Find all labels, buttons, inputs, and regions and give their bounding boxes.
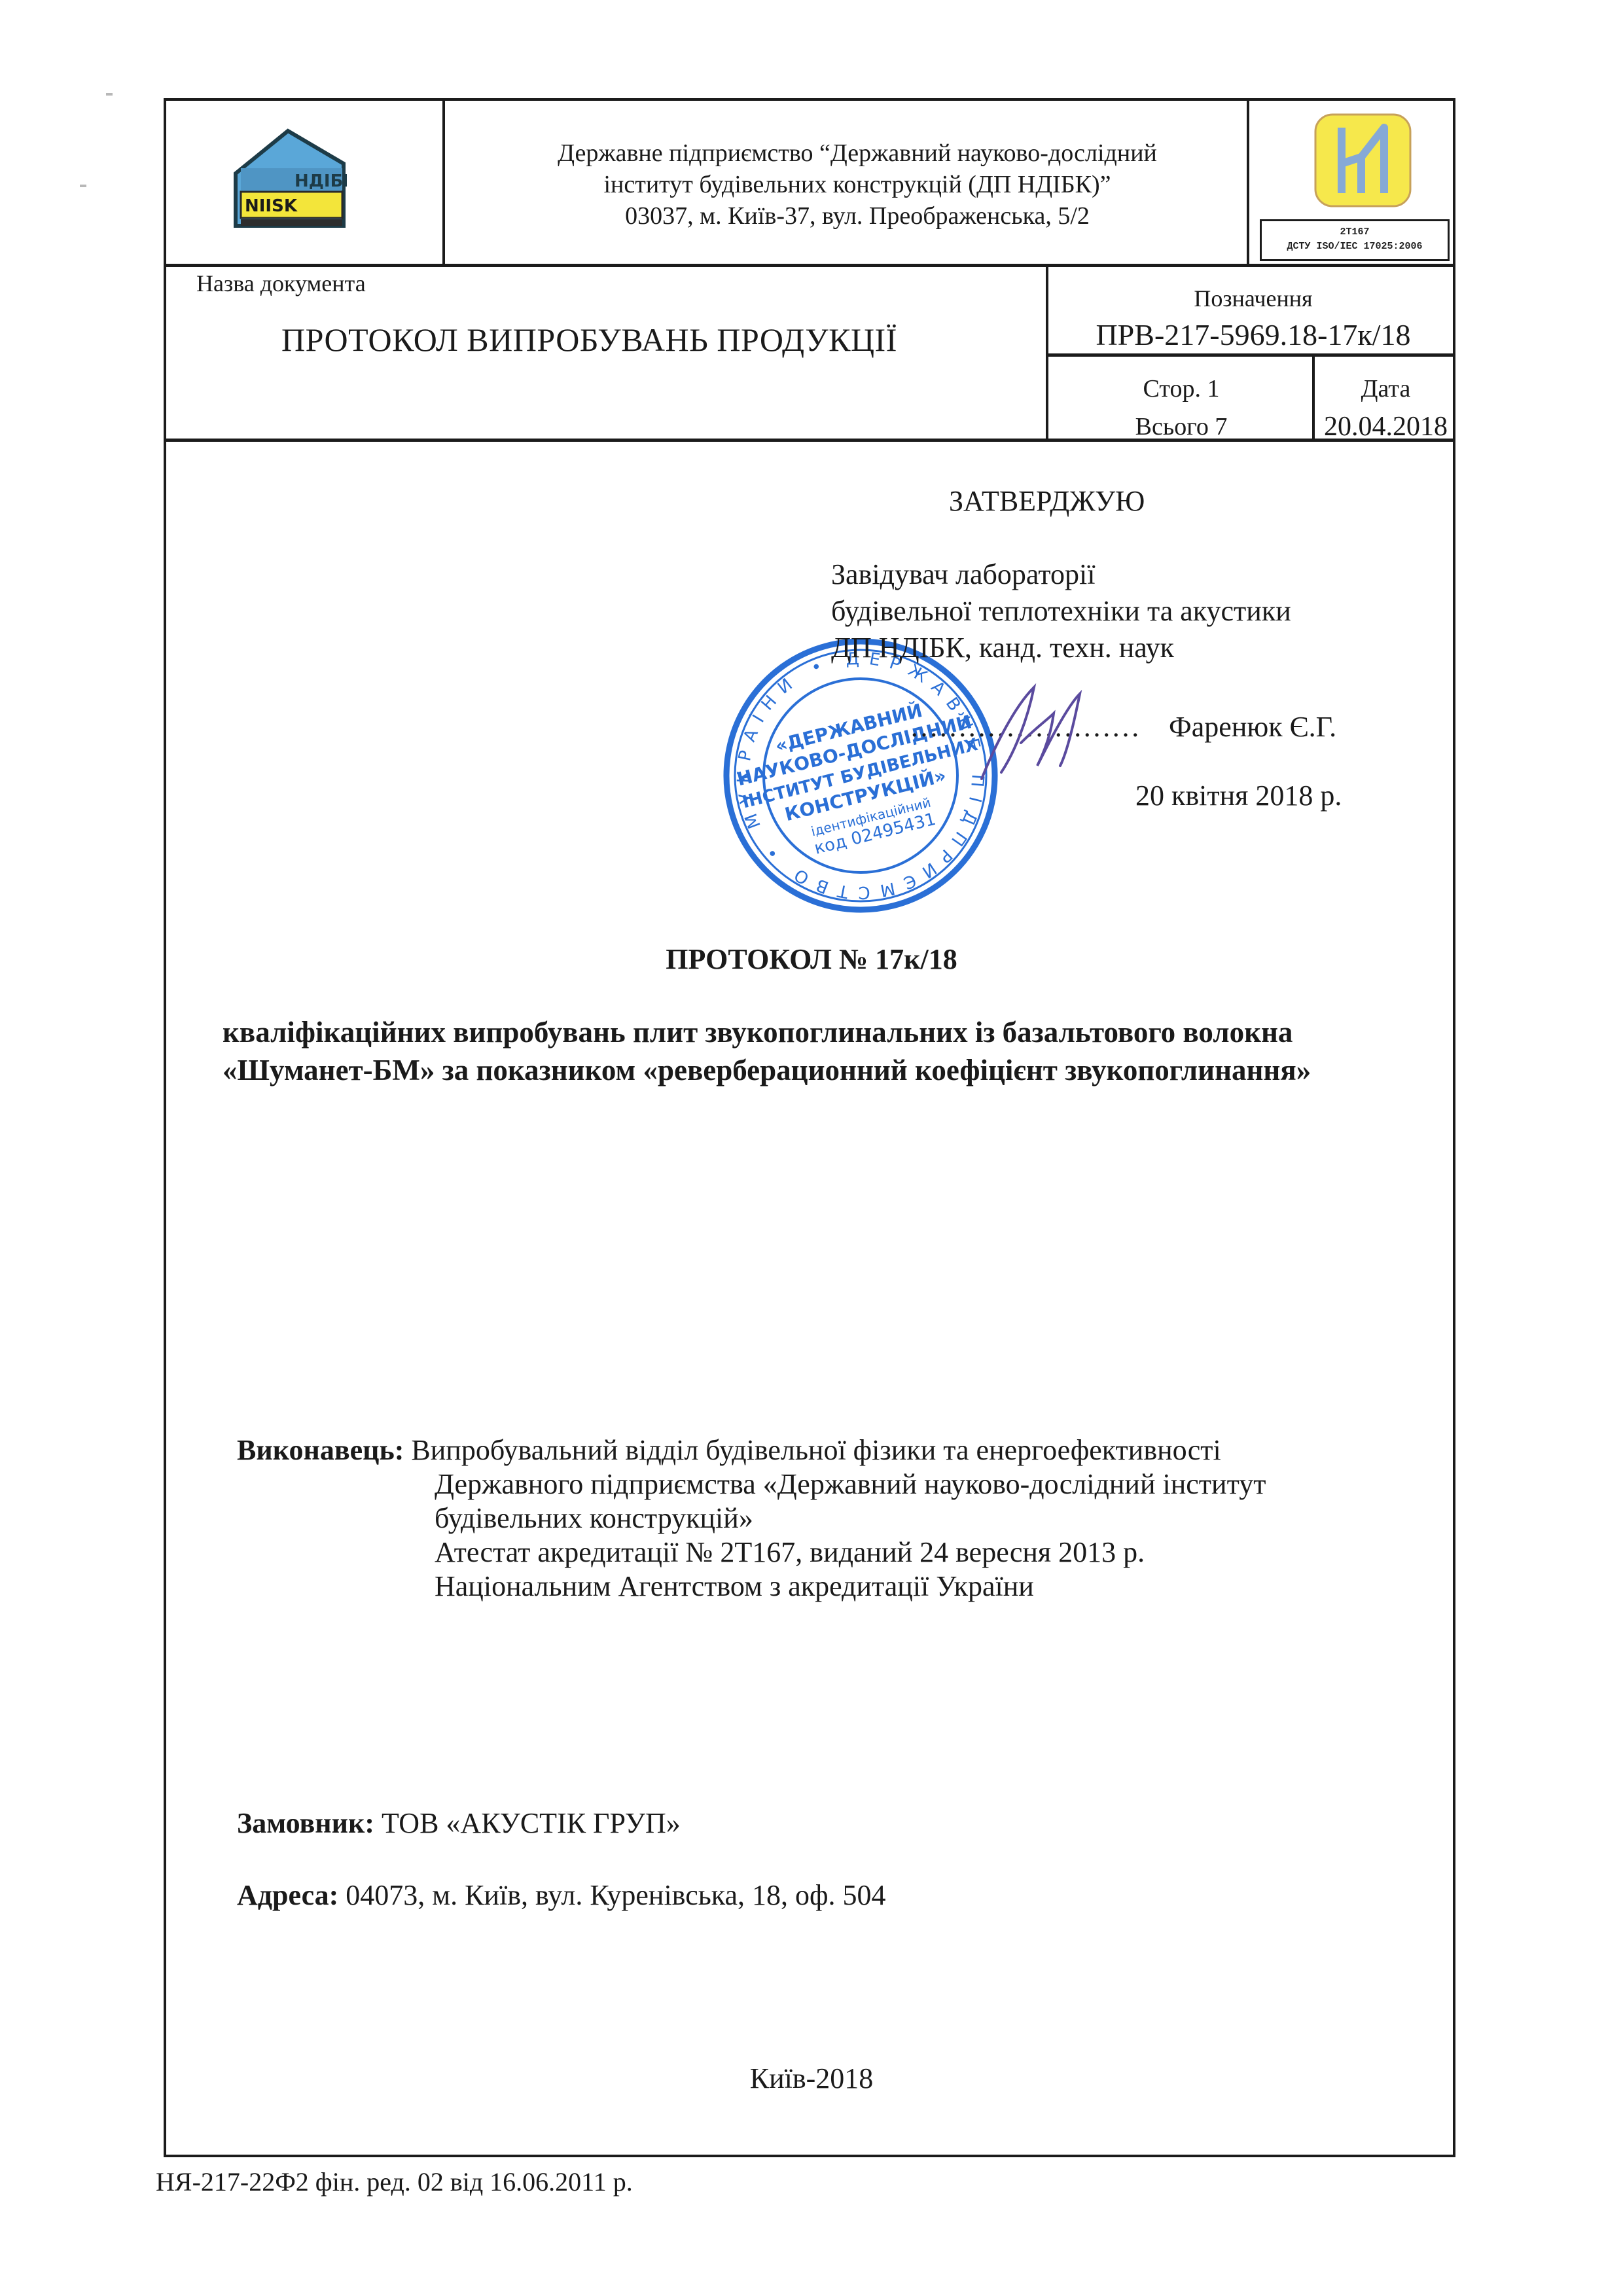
signature-line: …………………… Фаренюк Є.Г. <box>910 710 1336 744</box>
customer: Замовник: ТОВ «АКУСТІК ГРУП» <box>237 1806 681 1840</box>
approver-position-line: Завідувач лабораторії <box>831 556 1291 593</box>
city-year: Київ-2018 <box>0 2062 1623 2095</box>
executor-line: Випробувальний відділ будівельної фізики… <box>411 1434 1221 1466</box>
approver-position: Завідувач лабораторії будівельної теплот… <box>831 556 1291 666</box>
approval-title: ЗАТВЕРДЖУЮ <box>949 484 1145 518</box>
organization-address: 03037, м. Київ-37, вул. Преображенська, … <box>452 200 1263 232</box>
document-name: ПРОТОКОЛ ВИПРОБУВАНЬ ПРОДУКЦІЇ <box>281 321 897 359</box>
subject-line: кваліфікаційних випробувань плит звукопо… <box>223 1013 1479 1051</box>
signer-name: Фаренюк Є.Г. <box>1169 711 1336 743</box>
customer-address: Адреса: 04073, м. Київ, вул. Куренівська… <box>237 1878 886 1912</box>
protocol-number: ПРОТОКОЛ № 17к/18 <box>0 942 1623 976</box>
accreditation-number: 2Т167 <box>1262 225 1448 240</box>
document-name-label: Назва документа <box>196 270 366 297</box>
approval-date: 20 квітня 2018 р. <box>1135 779 1342 812</box>
logo-cell-divider <box>442 98 445 265</box>
handwritten-signature <box>975 681 1106 785</box>
house-logo-icon: НДІБК NIISK <box>229 128 347 229</box>
accreditation-standard: ДСТУ ISO/IEC 17025:2006 <box>1262 240 1448 254</box>
date-label: Дата <box>1315 370 1456 408</box>
approver-position-line: будівельної теплотехніки та акустики <box>831 593 1291 630</box>
designation-value: ПРВ-217-5969.18-17к/18 <box>1050 317 1456 352</box>
address-label: Адреса: <box>237 1879 338 1911</box>
ndibk-logo: НДІБК NIISK <box>229 128 347 229</box>
date-value: 20.04.2018 <box>1315 408 1456 446</box>
scan-artifact <box>106 93 113 96</box>
form-reference: НЯ-217-22Ф2 фін. ред. 02 від 16.06.2011 … <box>156 2166 633 2197</box>
protocol-subject: кваліфікаційних випробувань плит звукопо… <box>223 1013 1479 1089</box>
page-count: Стор. 1 Всього 7 <box>1050 370 1312 446</box>
total-pages: Всього 7 <box>1050 408 1312 446</box>
approver-position-line: ДП НДІБК, канд. техн. наук <box>831 630 1291 666</box>
header-divider <box>164 264 1455 267</box>
accreditation-box: 2Т167 ДСТУ ISO/IEC 17025:2006 <box>1260 219 1450 261</box>
executor-section: Виконавець: Випробувальний відділ будіве… <box>237 1433 1454 1604</box>
executor-line: Державного підприємства «Державний науко… <box>237 1467 1454 1501</box>
svg-text:NIISK: NIISK <box>245 196 298 216</box>
designation-cell-divider <box>1046 265 1048 440</box>
signature-icon <box>975 681 1106 785</box>
document-date: Дата 20.04.2018 <box>1315 370 1456 446</box>
subject-line: «Шуманет-БМ» за показником «реверберацио… <box>223 1051 1479 1089</box>
executor-line: будівельних конструкцій» <box>237 1501 1454 1535</box>
executor-line: Національним Агентством з акредитації Ук… <box>237 1570 1454 1604</box>
address-value: 04073, м. Київ, вул. Куренівська, 18, оф… <box>346 1879 885 1911</box>
page-number: Стор. 1 <box>1050 370 1312 408</box>
svg-text:НДІБК: НДІБК <box>294 171 347 191</box>
date-cell-divider <box>1312 353 1315 440</box>
scan-artifact <box>80 185 86 187</box>
accreditation-logo <box>1312 111 1414 209</box>
designation-divider <box>1046 353 1455 357</box>
organization-line: Державне підприємство “Державний науково… <box>452 137 1263 169</box>
organization-info: Державне підприємство “Державний науково… <box>452 137 1263 232</box>
designation-label: Позначення <box>1050 285 1456 312</box>
customer-label: Замовник: <box>237 1807 374 1839</box>
executor-label: Виконавець: <box>237 1434 404 1466</box>
na-accreditation-logo-icon <box>1312 111 1414 209</box>
organization-line: інститут будівельних конструкцій (ДП НДІ… <box>452 169 1263 200</box>
executor-line: Атестат акредитації № 2Т167, виданий 24 … <box>237 1535 1454 1570</box>
customer-value: ТОВ «АКУСТІК ГРУП» <box>382 1807 681 1839</box>
